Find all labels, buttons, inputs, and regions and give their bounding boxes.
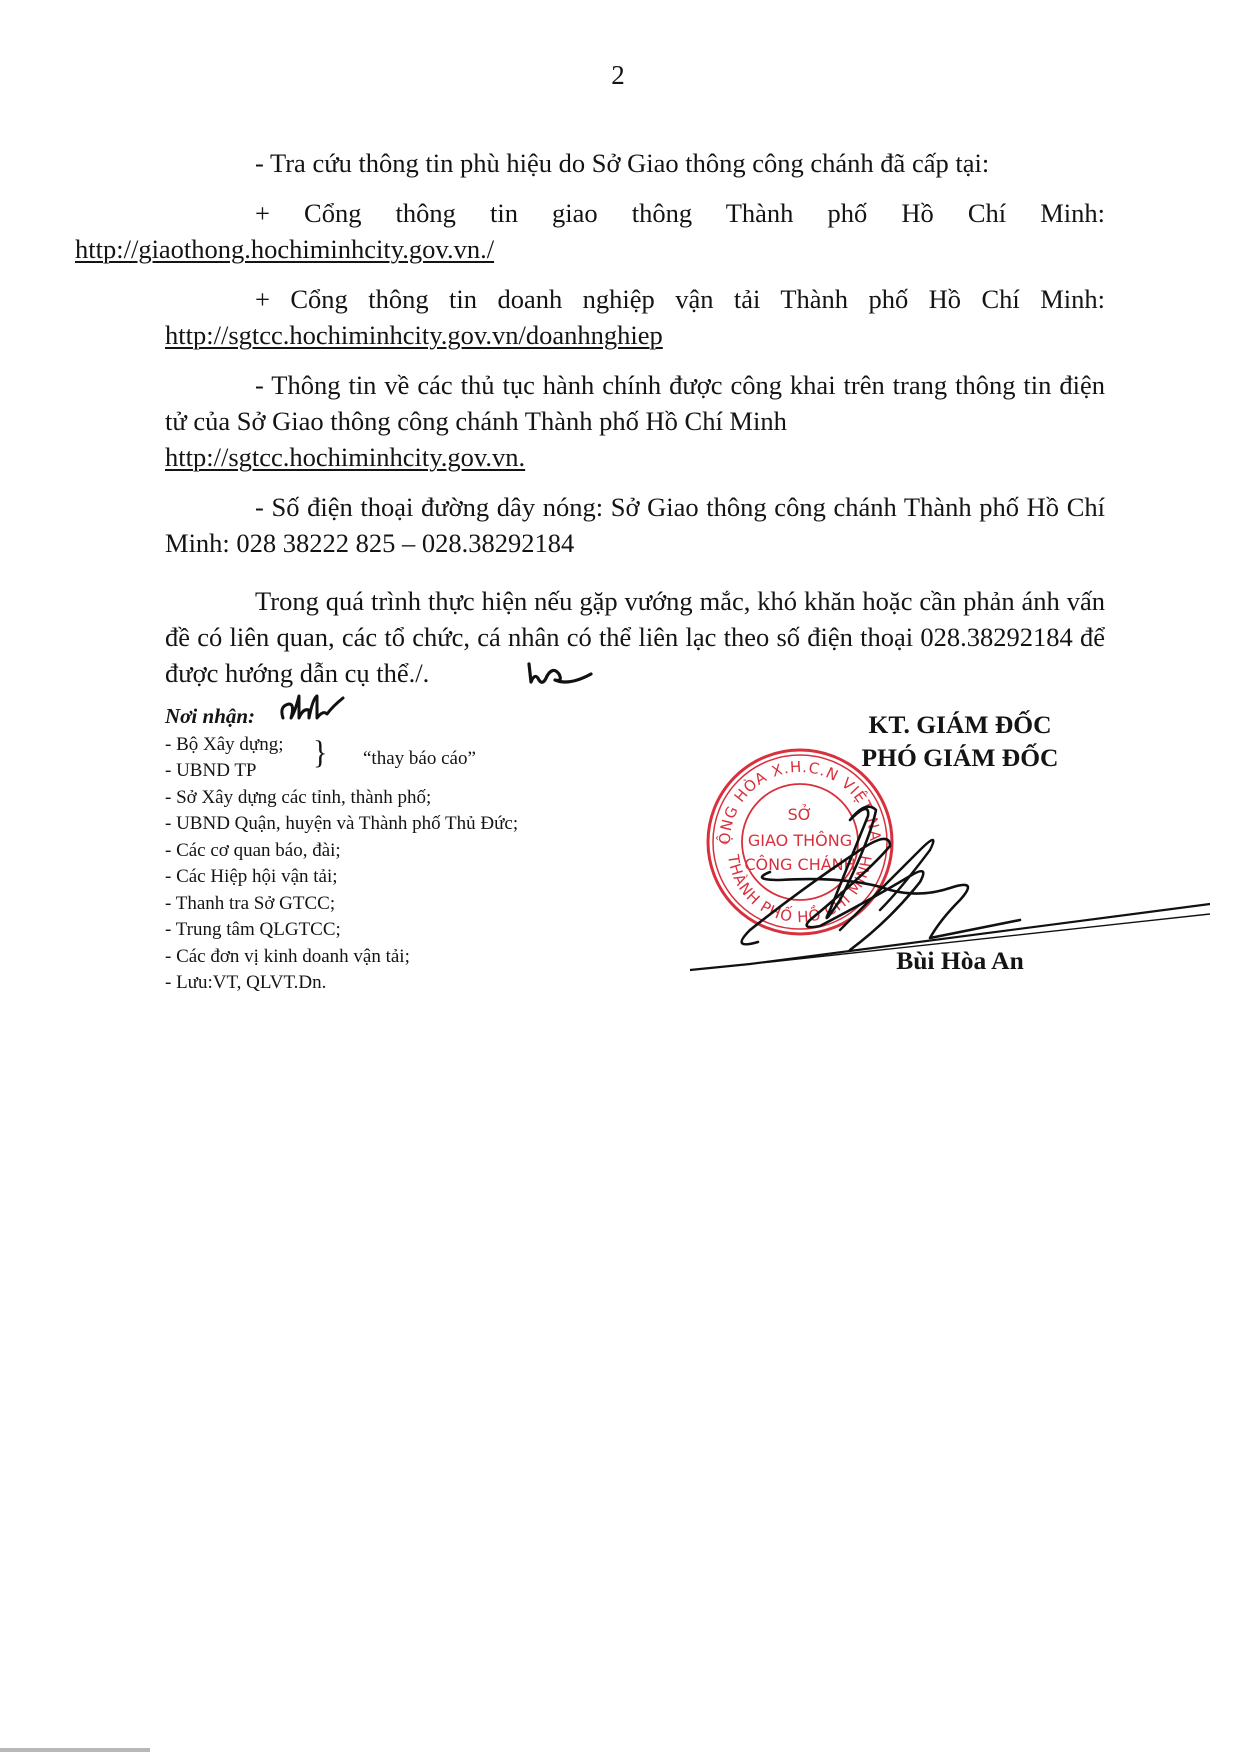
paragraph-admin-procedures: - Thông tin về các thủ tục hành chính đư… bbox=[165, 367, 1105, 475]
recipient-item: - Thanh tra Sở GTCC; bbox=[165, 891, 665, 918]
recipient-item: - Các đơn vị kinh doanh vận tải; bbox=[165, 944, 665, 971]
contact-text: Trong quá trình thực hiện nếu gặp vướng … bbox=[165, 586, 1105, 688]
paragraph-portal-business: + Cổng thông tin doanh nghiệp vận tải Th… bbox=[165, 281, 1105, 353]
recipient-item: - Các cơ quan báo, đài; bbox=[165, 838, 665, 865]
signature-title-block: KT. GIÁM ĐỐC PHÓ GIÁM ĐỐC bbox=[800, 708, 1120, 774]
signature-title-line1: KT. GIÁM ĐỐC bbox=[800, 708, 1120, 741]
signer-name: Bùi Hòa An bbox=[830, 946, 1090, 976]
scan-edge-bar bbox=[0, 1748, 150, 1752]
signature-title-line2: PHÓ GIÁM ĐỐC bbox=[800, 741, 1120, 774]
portal-traffic-text: + Cổng thông tin giao thông Thành phố Hồ… bbox=[165, 195, 1105, 231]
portal-business-text: + Cổng thông tin doanh nghiệp vận tải Th… bbox=[165, 281, 1105, 317]
recipient-item: - Lưu:VT, QLVT.Dn. bbox=[165, 970, 665, 997]
paragraph-portal-traffic: + Cổng thông tin giao thông Thành phố Hồ… bbox=[165, 195, 1105, 267]
brace-icon: } bbox=[313, 737, 327, 770]
paragraph-hotline: - Số điện thoại đường dây nóng: Sở Giao … bbox=[165, 489, 1105, 561]
recipient-item: - Sở Xây dựng các tỉnh, thành phố; bbox=[165, 785, 665, 812]
document-body: - Tra cứu thông tin phù hiệu do Sở Giao … bbox=[165, 145, 1105, 697]
handwritten-initials-icon bbox=[277, 692, 349, 735]
paragraph-lookup: - Tra cứu thông tin phù hiệu do Sở Giao … bbox=[165, 145, 1105, 181]
admin-procedures-text: - Thông tin về các thủ tục hành chính đư… bbox=[165, 370, 1105, 436]
recipient-item: - UBND Quận, huyện và Thành phố Thủ Đức; bbox=[165, 811, 665, 838]
recipients-title: Nơi nhận: bbox=[165, 702, 255, 730]
link-giaothong[interactable]: http://giaothong.hochiminhcity.gov.vn./ bbox=[75, 231, 494, 267]
recipient-item: - Trung tâm QLGTCC; bbox=[165, 917, 665, 944]
paragraph-contact: Trong quá trình thực hiện nếu gặp vướng … bbox=[165, 583, 1105, 697]
link-doanhnghiep[interactable]: http://sgtcc.hochiminhcity.gov.vn/doanhn… bbox=[75, 317, 663, 353]
recipients-block: Nơi nhận: - Bộ Xây dựng; - UBND TP - Sở … bbox=[165, 702, 665, 997]
handwritten-initial-icon bbox=[435, 660, 595, 697]
link-sgtcc[interactable]: http://sgtcc.hochiminhcity.gov.vn. bbox=[75, 439, 525, 475]
brace-note: “thay báo cáo” bbox=[363, 746, 476, 773]
page-number: 2 bbox=[0, 60, 1236, 91]
recipient-item: - Các Hiệp hội vận tải; bbox=[165, 864, 665, 891]
